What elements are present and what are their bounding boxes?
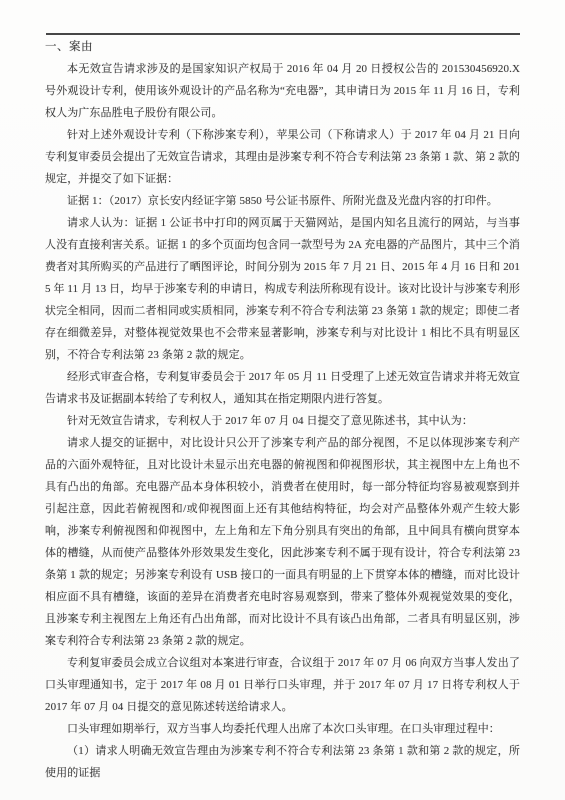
document-body: 本无效宣告请求涉及的是国家知识产权局于 2016 年 04 月 20 日授权公告… [45,58,520,784]
paragraph-9: 口头审理如期举行，双方当事人均委托代理人出席了本次口头审理。在口头审理过程中： [45,718,520,740]
paragraph-1: 本无效宣告请求涉及的是国家知识产权局于 2016 年 04 月 20 日授权公告… [45,58,520,124]
document-page: 一、案由 本无效宣告请求涉及的是国家知识产权局于 2016 年 04 月 20 … [0,0,565,800]
horizontal-rule [46,33,520,35]
paragraph-4: 请求人认为：证据 1 公证书中打印的网页属于天猫网站，是国内知名且流行的网站，与… [45,212,520,366]
paragraph-6: 针对无效宣告请求，专利权人于 2017 年 07 月 04 日提交了意见陈述书，… [45,410,520,432]
paragraph-3: 证据 1：（2017）京长安内经证字第 5850 号公证书原件、所附光盘及光盘内… [45,190,520,212]
paragraph-7: 请求人提交的证据中，对比设计只公开了涉案专利产品的部分视图，不足以体现涉案专利产… [45,432,520,652]
paragraph-5: 经形式审查合格，专利复审委员会于 2017 年 05 月 11 日受理了上述无效… [45,366,520,410]
paragraph-2: 针对上述外观设计专利（下称涉案专利），苹果公司（下称请求人）于 2017 年 0… [45,124,520,190]
paragraph-10: （1）请求人明确无效宣告理由为涉案专利不符合专利法第 23 条第 1 款和第 2… [45,740,520,784]
section-heading: 一、案由 [45,36,520,58]
paragraph-8: 专利复审委员会成立合议组对本案进行审查，合议组于 2017 年 07 月 06 … [45,652,520,718]
